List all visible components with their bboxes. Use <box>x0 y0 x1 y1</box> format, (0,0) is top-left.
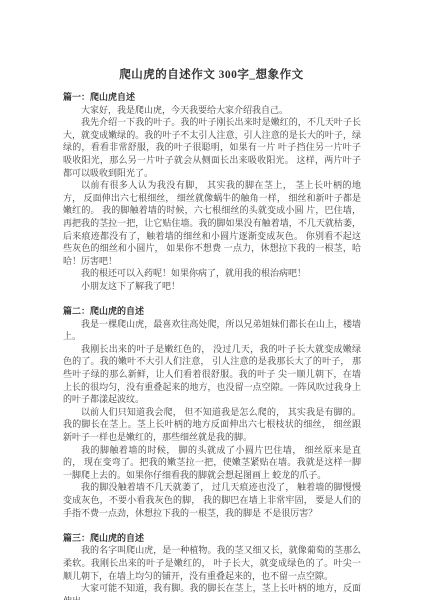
essay-paragraph: 以前人们只知道我会爬， 但不知道我是怎么爬的， 其实我是有脚的。 我的脚长在茎上… <box>63 406 361 444</box>
section-heading: 篇三：爬山虎的自述 <box>63 532 361 545</box>
essay-paragraph: 我先介绍一下我的叶子。我的叶子刚长出来时是嫩红的，不几天叶子长大，就变成嫩绿的。… <box>63 116 361 179</box>
essay-paragraph: 以前有很多人认为我没有脚， 其实我的脚在茎上， 茎上长叶柄的地方， 反面伸出六七… <box>63 179 361 267</box>
essay-paragraph: 小朋友这下了解我了吧！ <box>63 280 361 293</box>
section-heading: 篇一：爬山虎自述 <box>63 91 361 104</box>
essay-section-2: 篇二：爬山虎的自述我是一棵爬山虎，最喜欢往高处爬，所以兄弟姐妹们都长在山上，楼墙… <box>63 305 361 519</box>
essay-section-3: 篇三：爬山虎的自述我的名字叫爬山虎，是一种植物。我的茎又细又长，就像葡萄的茎那么… <box>63 532 361 600</box>
essay-paragraph: 我的名字叫爬山虎，是一种植物。我的茎又细又长，就像葡萄的茎那么柔软。我刚长出来的… <box>63 544 361 582</box>
essay-paragraph: 我是一棵爬山虎，最喜欢往高处爬，所以兄弟姐妹们都长在山上，楼墙上。 <box>63 318 361 343</box>
essay-section-1: 篇一：爬山虎自述大家好，我是爬山虎，今天我要给大家介绍我自己。我先介绍一下我的叶… <box>63 91 361 293</box>
document-page: 爬山虎的自述作文 300字_想象作文 篇一：爬山虎自述大家好，我是爬山虎，今天我… <box>0 0 423 600</box>
essay-paragraph: 我的脚触着墙的时候， 脚的头就成了小圆片巴住墙， 细丝原来是直的， 现在变弯了。… <box>63 444 361 482</box>
section-heading: 篇二：爬山虎的自述 <box>63 305 361 318</box>
essay-paragraph: 我的脚没触着墙不几天就萎了， 过几天痕迹也没了， 触着墙的脚慢慢变成灰色，不要小… <box>63 481 361 519</box>
essay-paragraph: 我的根还可以入药呢！如果你病了，就用我的根治病吧！ <box>63 267 361 280</box>
essay-paragraph: 我刚长出来的叶子是嫩红色的， 没过几天，我的叶子长大就变成嫩绿色的了。我的嫩叶不… <box>63 343 361 406</box>
essay-content: 篇一：爬山虎自述大家好，我是爬山虎，今天我要给大家介绍我自己。我先介绍一下我的叶… <box>63 91 361 600</box>
essay-paragraph: 大家可能不知道，我有脚。我的脚长在茎上，茎上长叶柄的地方，反面伸出 <box>63 582 361 600</box>
essay-paragraph: 大家好，我是爬山虎，今天我要给大家介绍我自己。 <box>63 104 361 117</box>
page-title: 爬山虎的自述作文 300字_想象作文 <box>30 68 393 82</box>
